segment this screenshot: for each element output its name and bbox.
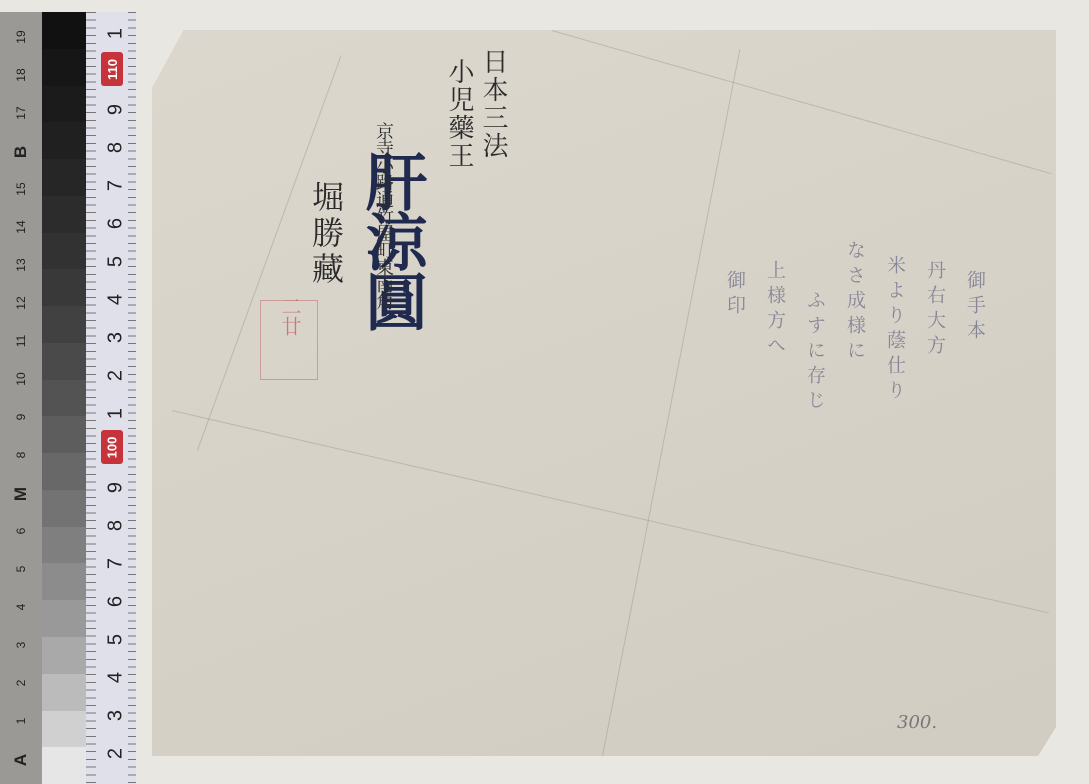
gray-patch [42, 49, 86, 86]
seal-mark: 二廿 [280, 296, 300, 336]
ruler-number: 2 [105, 358, 128, 394]
ruler-number: 4 [105, 660, 128, 696]
gray-label: 8 [14, 438, 28, 472]
gray-patch [42, 600, 86, 637]
handwritten-column: ふすに存じ [802, 290, 829, 415]
gray-label: 3 [14, 628, 28, 662]
handwritten-column: 上様方へ [762, 260, 789, 360]
gray-patch [42, 380, 86, 417]
address-text: 京寺小路通竹屋町東南角 [374, 122, 392, 309]
gray-patch [42, 12, 86, 49]
ruler-number: 2 [105, 736, 128, 772]
ruler-number: 7 [105, 168, 128, 204]
gray-label: A [11, 743, 31, 777]
pencil-number: 300. [897, 712, 937, 733]
gray-label: B [11, 135, 31, 169]
header-left-text: 小児藥王 [446, 58, 472, 170]
gray-label: 1 [14, 704, 28, 738]
ruler-number: 6 [105, 584, 128, 620]
gray-label: 19 [14, 20, 28, 54]
gray-patch [42, 563, 86, 600]
gray-patch [42, 306, 86, 343]
gray-label: 12 [14, 286, 28, 320]
gray-patch [42, 674, 86, 711]
gray-patch [42, 453, 86, 490]
ruler-number: 9 [105, 470, 128, 506]
handwritten-column: なさ成様に [842, 240, 869, 365]
gray-patch [42, 747, 86, 784]
gray-label: 14 [14, 210, 28, 244]
gray-label: 5 [14, 552, 28, 586]
gray-patch [42, 416, 86, 453]
gray-patch [42, 637, 86, 674]
ruler-number: 8 [105, 508, 128, 544]
gray-label: 13 [14, 248, 28, 282]
gray-patch [42, 122, 86, 159]
ruler-number: 8 [105, 130, 128, 166]
gray-label: 4 [14, 590, 28, 624]
gray-label: 2 [14, 666, 28, 700]
grayscale-label-strip: 19 18 17 B 15 14 13 12 11 10 9 8 M 6 5 4… [0, 12, 42, 784]
ruler-number: 3 [105, 698, 128, 734]
measuring-ruler: 1 110 9 8 7 6 5 4 3 2 1 100 9 8 7 6 5 4 … [86, 12, 136, 784]
gray-patch [42, 711, 86, 748]
gray-patch [42, 269, 86, 306]
gray-patch [42, 196, 86, 233]
ruler-number: 9 [105, 92, 128, 128]
gray-patch [42, 233, 86, 270]
ruler-number: 4 [105, 282, 128, 318]
handwritten-column: 米より蔭仕り [882, 255, 909, 405]
ruler-badge: 100 [101, 430, 123, 464]
gray-label: 10 [14, 362, 28, 396]
gray-label: M [11, 477, 31, 511]
gray-patch [42, 527, 86, 564]
handwritten-column: 丹右大方 [922, 260, 949, 360]
handwritten-column: 御印 [722, 270, 749, 320]
gray-patch [42, 86, 86, 123]
ruler-number: 5 [105, 244, 128, 280]
gray-label: 17 [14, 96, 28, 130]
header-right-text: 日本三法 [480, 48, 506, 160]
gray-patch [42, 490, 86, 527]
gray-label: 9 [14, 400, 28, 434]
ruler-number: 7 [105, 546, 128, 582]
ruler-number: 3 [105, 320, 128, 356]
paper-sheet: 日本三法 小児藥王 肝涼圓 京寺小路通竹屋町東南角 堀勝藏 二廿 御手本 丹右大… [152, 30, 1056, 756]
ruler-number: 1 [105, 396, 128, 432]
grayscale-patches [42, 12, 86, 784]
ruler-number: 1 [105, 16, 128, 52]
gray-label: 18 [14, 58, 28, 92]
gray-label: 11 [14, 324, 28, 358]
ruler-badge: 110 [101, 52, 123, 86]
gray-label: 6 [14, 514, 28, 548]
ruler-number: 5 [105, 622, 128, 658]
gray-patch [42, 343, 86, 380]
maker-name: 堀勝藏 [310, 180, 342, 288]
gray-patch [42, 159, 86, 196]
ruler-number: 6 [105, 206, 128, 242]
handwritten-column: 御手本 [962, 270, 989, 345]
gray-label: 15 [14, 172, 28, 206]
